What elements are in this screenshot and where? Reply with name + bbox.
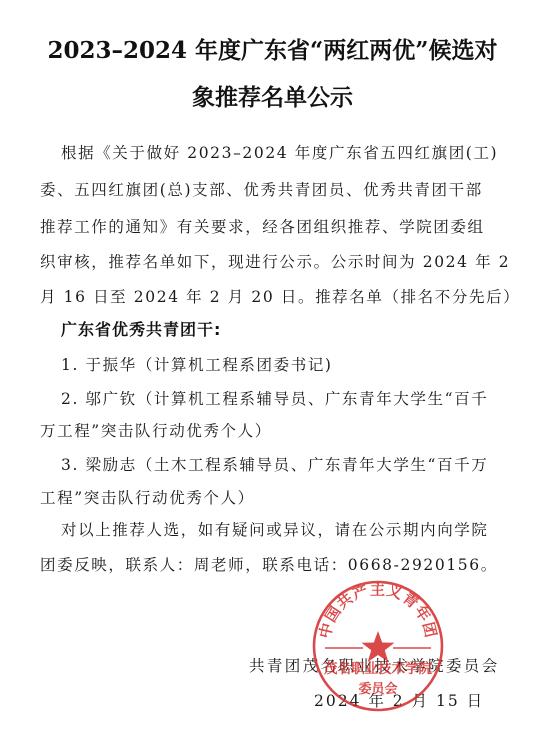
- section-heading: 广东省优秀共青团干:: [61, 317, 221, 340]
- document-title-line-1: 2023–2024 年度广东省“两红两优”候选对: [0, 32, 545, 65]
- nominee-line: 1. 于振华（计算机工程系团委书记): [61, 355, 501, 375]
- paragraph-line: 织审核，推荐名单如下，现进行公示。公示时间为 2024 年 2: [40, 252, 480, 272]
- stamp-arc-text: 中国共产主义青年团: [316, 580, 440, 640]
- document-title-line-2: 象推荐名单公示: [0, 79, 545, 112]
- paragraph-line: 推荐工作的通知》有关要求，经各团组织推荐、学院团委组: [40, 217, 480, 237]
- signature-date: 2024 年 2 月 15 日: [314, 689, 484, 711]
- paragraph-line: 月 16 日至 2024 年 2 月 20 日。推荐名单（排名不分先后）: [40, 287, 480, 307]
- paragraph-line: 根据《关于做好 2023–2024 年度广东省五四红旗团(工): [61, 143, 501, 163]
- nominee-line: 万工程”突击队行动优秀个人）: [40, 421, 480, 441]
- closing-line: 对以上推荐人选，如有疑问或异议，请在公示期内向学院: [61, 520, 501, 540]
- nominee-line: 3. 梁励志（土木工程系辅导员、广东青年大学生“百千万: [61, 455, 501, 475]
- signature-organization: 共青团茂名职业技术学院委员会: [249, 654, 500, 676]
- nominee-line: 2. 邬广钦（计算机工程系辅导员、广东青年大学生“百千: [61, 389, 501, 409]
- closing-line: 团委反映，联系人：周老师，联系电话：0668-2920156。: [40, 555, 480, 575]
- paragraph-line: 委、五四红旗团(总)支部、优秀共青团员、优秀共青团干部: [40, 180, 480, 200]
- nominee-line: 工程”突击队行动优秀个人）: [40, 488, 480, 508]
